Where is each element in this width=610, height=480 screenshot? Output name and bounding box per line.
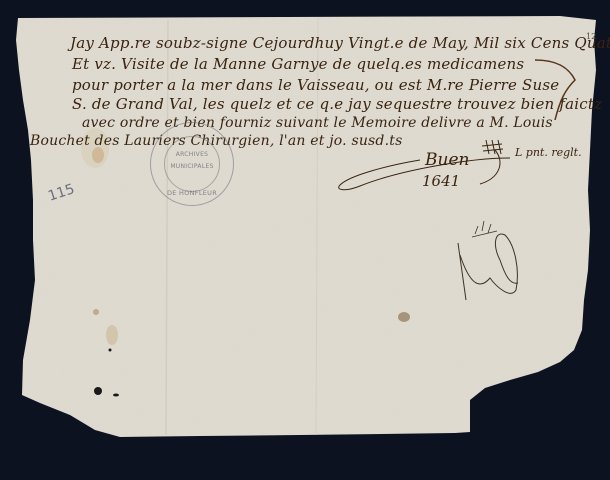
body-line-2: Et vz. Visite de la Manne Garnye de quel… xyxy=(72,55,524,73)
signature-year: 1641 xyxy=(422,172,460,190)
body-line-4: S. de Grand Val, les quelz et ce q.e jay… xyxy=(72,95,602,113)
body-line-5: avec ordre et bien fourniz suivant le Me… xyxy=(82,115,553,131)
document-viewer: 12 Jay App.re soubz-signe Cejourdhuy Vin… xyxy=(0,0,610,480)
archive-stamp-line-1: ARCHIVES xyxy=(151,151,233,158)
body-line-1: Jay App.re soubz-signe Cejourdhuy Vingt.… xyxy=(70,34,610,52)
archive-stamp: ARCHIVES MUNICIPALES DE HONFLEUR xyxy=(150,122,234,206)
body-line-3: pour porter a la mer dans le Vaisseau, o… xyxy=(72,76,559,94)
signature-name: Buen xyxy=(425,150,469,170)
signature-note: L pnt. reglt. xyxy=(515,146,582,159)
archive-stamp-line-3: DE HONFLEUR xyxy=(151,189,233,197)
archive-stamp-line-2: MUNICIPALES xyxy=(151,163,233,170)
